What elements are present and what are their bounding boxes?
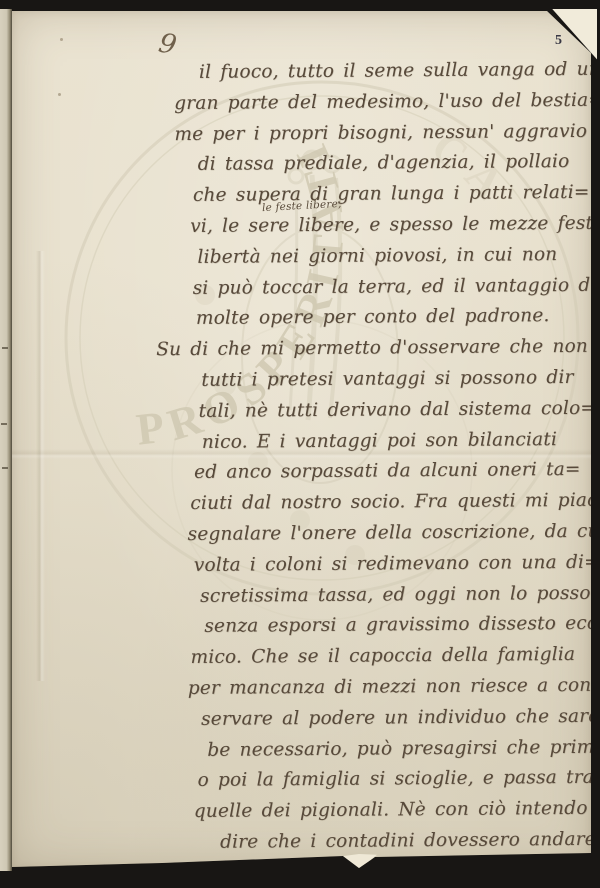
binding-mark [2,467,8,469]
manuscript-line: me per i propri bisogni, nessun' aggravi… [9,116,600,152]
manuscript-line: gran parte del medesimo, l'uso del besti… [9,85,600,121]
manuscript-line: segnalare l'onere della coscrizione, da … [12,517,600,553]
binding-mark [1,423,7,425]
torn-edge [341,854,377,870]
manuscript-line: servare al podere un individuo che sareb… [14,701,600,737]
manuscript-line: dire che i contadini dovessero andare [15,825,600,861]
manuscript-line: Su di che mi permetto d'osservare che no… [11,332,600,368]
manuscript-line: vi, le sere libere, e spesso le mezze fe… [10,209,600,245]
manuscript-line: ciuti dal nostro socio. Fra questi mi pi… [12,486,600,522]
manuscript-line: molte opere per conto del padrone. [11,301,600,337]
manuscript-line: libertà nei giorni piovosi, in cui non [10,239,600,275]
manuscript-scan: PROSPERITATI CA 9 5 il fuoco, tutto il s… [0,0,600,888]
manuscript-text: il fuoco, tutto il seme sulla vanga od u… [9,55,600,860]
manuscript-line: nico. E i vantaggi poi son bilanciati [12,424,600,460]
manuscript-line: si può toccar la terra, ed il vantaggio … [11,270,600,306]
manuscript-line: ed anco sorpassati da alcuni oneri ta= [12,455,600,491]
manuscript-line: per mancanza di mezzi non riesce a con= [14,671,600,707]
manuscript-line: il fuoco, tutto il seme sulla vanga od u… [9,55,600,91]
binding-edge [0,9,12,871]
manuscript-line: volta i coloni si redimevano con una di= [13,547,600,583]
manuscript-line: di tassa prediale, d'agenzia, il pollaio [10,147,600,183]
manuscript-page: PROSPERITATI CA 9 5 il fuoco, tutto il s… [12,11,591,869]
manuscript-line: scretissima tassa, ed oggi non lo posson… [13,578,600,614]
stamped-folio-number: 5 [555,33,562,49]
manuscript-line: tali, nè tutti derivano dal sistema colo… [12,393,600,429]
manuscript-line: o poi la famiglia si scioglie, e passa t… [14,763,600,799]
manuscript-line: be necessario, può presagirsi che prima [14,732,600,768]
paper-speck [60,38,63,41]
binding-mark [2,347,8,349]
manuscript-line: quelle dei pigionali. Nè con ciò intendo [15,794,600,830]
manuscript-line: mico. Che se il capoccia della famiglia [13,640,600,676]
manuscript-line: senza esporsi a gravissimo dissesto econ… [13,609,600,645]
manuscript-line: tutti i pretesi vantaggi si possono dir [11,363,600,399]
